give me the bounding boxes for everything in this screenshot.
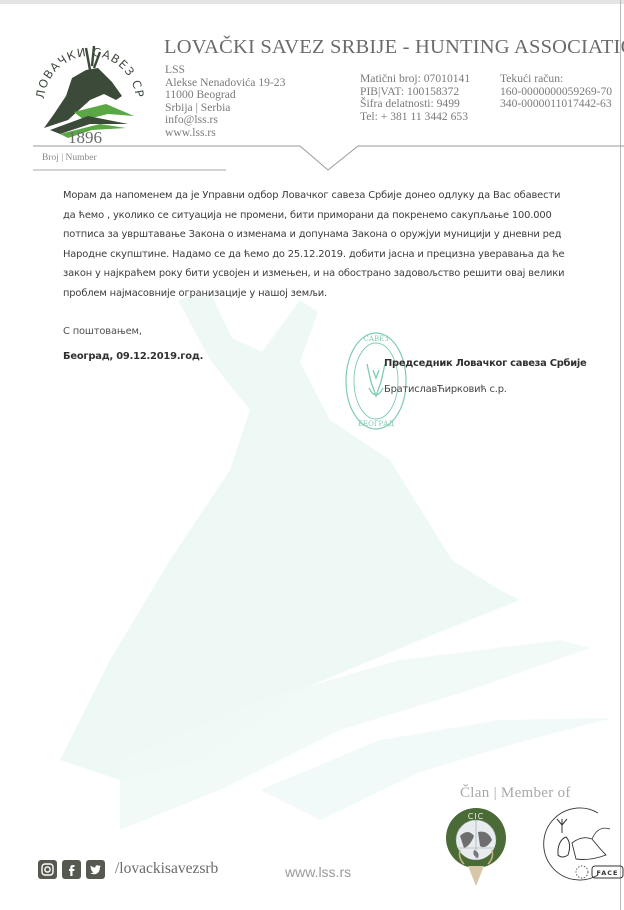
body-line: потписа за уврштавање Закона о изменама … xyxy=(63,225,573,245)
closing-salutation: С поштовањем, xyxy=(63,326,142,337)
facebook-icon[interactable] xyxy=(62,860,81,879)
twitter-icon[interactable] xyxy=(86,860,105,879)
signatory-name: БратиславЋирковић с.р. xyxy=(384,384,507,395)
svg-text:САВЕЗ: САВЕЗ xyxy=(363,335,388,343)
membership-label: Član | Member of xyxy=(460,785,571,802)
cic-logo: CIC xyxy=(444,806,508,888)
svg-text:CIC: CIC xyxy=(468,812,485,821)
face-logo: FACE xyxy=(532,803,624,883)
letter-body: Морам да напоменем да је Управни одбор Л… xyxy=(63,186,573,304)
body-line: Народне скупштине. Надамо се да ћемо до … xyxy=(63,245,573,265)
place-and-date: Београд, 09.12.2019.год. xyxy=(63,351,203,362)
body-line: да ћемо , уколико се ситуација не промен… xyxy=(63,206,573,226)
body-line: закон у најкраћем року бити усвојен и из… xyxy=(63,264,573,284)
svg-text:FACE: FACE xyxy=(597,869,619,877)
social-handle[interactable]: /lovackisavezsrb xyxy=(115,860,218,878)
signatory-title: Председник Ловачког савеза Србије xyxy=(384,358,586,369)
page-edge-line xyxy=(620,0,621,910)
website-link[interactable]: www.lss.rs xyxy=(285,864,351,880)
document-number-label: Broj | Number xyxy=(42,153,97,163)
organization-title: LOVAČKI SAVEZ SRBIJE - HUNTING ASSOCIATI… xyxy=(164,36,624,59)
registry-info-block: Matični broj: 07010141 PIB|VAT: 10015837… xyxy=(360,73,470,123)
body-line: проблем најмасовније огранизације у нашо… xyxy=(63,284,573,304)
instagram-icon[interactable] xyxy=(38,860,57,879)
social-icons xyxy=(38,860,105,879)
address-block: LSS Alekse Nenadovića 19-23 11000 Beogra… xyxy=(165,64,285,140)
official-stamp: САВЕЗ БЕОГРАД xyxy=(343,330,409,432)
body-line: Морам да напоменем да је Управни одбор Л… xyxy=(63,186,573,206)
svg-text:БЕОГРАД: БЕОГРАД xyxy=(358,420,395,428)
bank-account-block: Tekući račun: 160-0000000059269-70 340-0… xyxy=(500,73,612,111)
